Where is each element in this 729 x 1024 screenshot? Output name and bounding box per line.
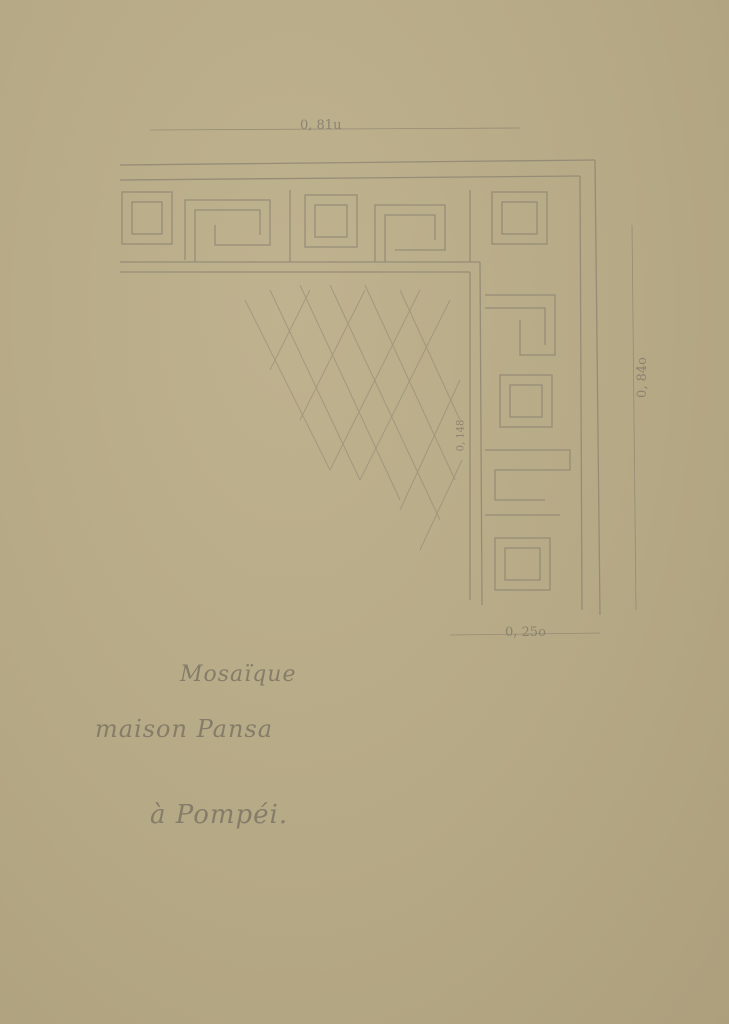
meander-border-drawing [0,0,729,1024]
caption-line-2: maison Pansa [95,715,273,743]
inner-dimension-label: 0, 148 [455,420,466,452]
top-dimension-label: 0, 81u [300,118,341,133]
right-dimension-label: 0, 84o [635,357,650,398]
caption-line-1: Mosaïque [180,662,297,687]
sketch-sheet: 0, 81u 0, 84o 0, 25o 0, 148 Mosaïque mai… [0,0,729,1024]
caption-line-3: à Pompéi. [150,800,288,830]
bottom-dimension-label: 0, 25o [505,625,546,640]
